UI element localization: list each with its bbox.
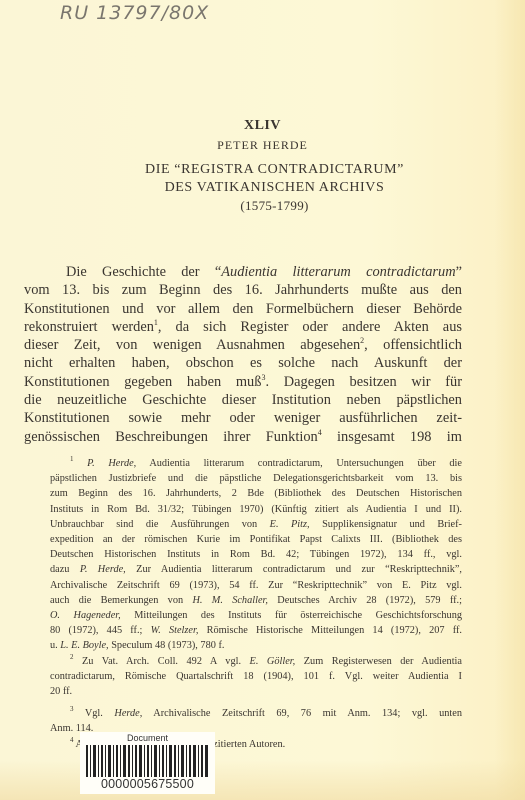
footnote-line: contradictarum, Römische Quartalschrift … — [50, 669, 462, 684]
library-barcode-label: Document 0000005675500 — [80, 732, 215, 794]
body-line: die neuzeitliche Geschichte dieser Insti… — [24, 391, 462, 409]
footnote-line: Archivalische Zeitschrift 69 (1973), 54 … — [50, 578, 462, 593]
footnote-line: 20 ff. — [50, 684, 462, 699]
body-line: vom 13. bis zum Beginn des 16. Jahrhunde… — [24, 281, 462, 299]
body-line: Konstitutionen und vor allem den Formelb… — [24, 300, 462, 318]
body-line: Konstitutionen gegeben haben muß3. Dageg… — [24, 373, 462, 391]
article-title-line-2: DES VATIKANISCHEN ARCHIVS — [12, 180, 525, 196]
body-line: Konstitutionen sowie mehr oder weniger a… — [24, 409, 462, 427]
footnote-line: Unbrauchbar sind die Ausführungen von E.… — [50, 517, 462, 532]
body-line: Die Geschichte der “Audientia litterarum… — [24, 263, 462, 281]
footnote-line: u. L. E. Boyle, Speculum 48 (1973), 780 … — [50, 638, 462, 653]
barcode-title: Document — [80, 733, 215, 743]
page-bottom-shadow — [0, 760, 525, 800]
author-name: PETER HERDE — [0, 138, 525, 153]
footnote-2: 2 Zu Vat. Arch. Coll. 492 A vgl. E. Göll… — [50, 654, 462, 669]
footnote-line: 80 (1972), 445 ff.; W. Stelzer, Römische… — [50, 623, 462, 638]
handwritten-shelfmark: RU 13797/80X — [60, 2, 209, 24]
footnote-line: zum Beginn des 16. Jahrhunderts, 2 Bde (… — [50, 486, 462, 501]
footnote-line: päpstlichen Justizbriefe und die päpstli… — [50, 471, 462, 486]
footnote-line: auch die Bemerkungen von H. M. Schaller,… — [50, 593, 462, 608]
footnote-line: Deutschen Historischen Instituts in Rom … — [50, 547, 462, 562]
footnote-line: dazu P. Herde, Zur Audientia litterarum … — [50, 562, 462, 577]
body-line: rekonstruiert werden1, da sich Register … — [24, 318, 462, 336]
article-title-line-1: DIE “REGISTRA CONTRADICTARUM” — [12, 162, 525, 178]
barcode-number: 0000005675500 — [80, 777, 215, 791]
footnote-line: expedition an der römischen Kurie im Pon… — [50, 532, 462, 547]
footnotes: 1 P. Herde, Audientia litterarum contrad… — [50, 456, 462, 752]
footnote-3: 3 Vgl. Herde, Archivalische Zeitschrift … — [50, 706, 462, 721]
footnote-line: Instituts in Rom Bd. 31/32; Tübingen 197… — [50, 502, 462, 517]
body-paragraph: Die Geschichte der “Audientia litterarum… — [24, 263, 462, 446]
article-dates: (1575-1799) — [12, 198, 525, 214]
body-line: nicht erhalten haben, obschon es solche … — [24, 354, 462, 372]
footnote-line: O. Hageneder, Mitteilungen des Instituts… — [50, 608, 462, 623]
body-line: genössischen Beschreibungen ihrer Funkti… — [24, 428, 462, 446]
barcode-icon — [86, 745, 208, 777]
chapter-number: XLIV — [0, 118, 525, 134]
footnote-1: 1 P. Herde, Audientia litterarum contrad… — [50, 456, 462, 471]
body-line: dieser Zeit, von wenigen Ausnahmen abges… — [24, 336, 462, 354]
